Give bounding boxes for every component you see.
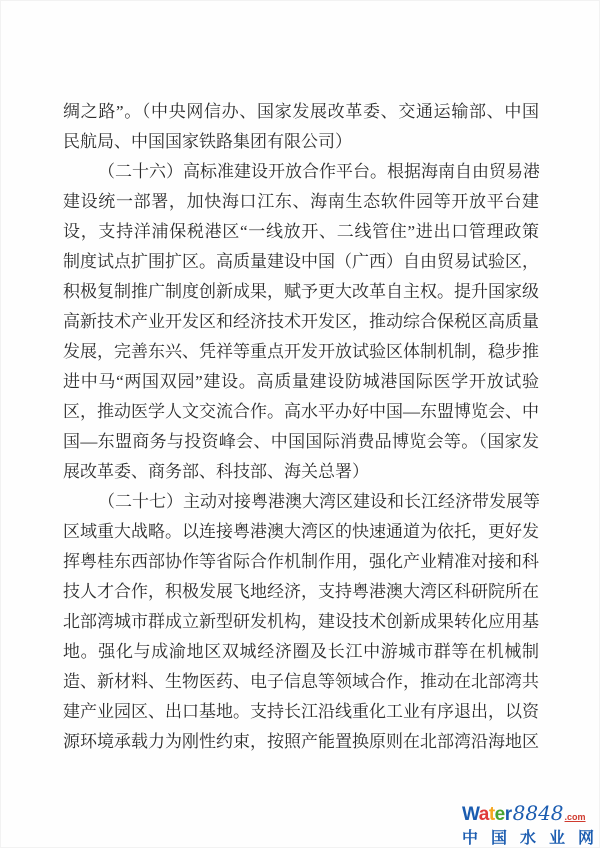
text-line: 设，支持洋浦保税港区“一线放开、二线管住”进出口管理政策	[63, 217, 539, 247]
text-line: 高新技术产业开发区和经济技术开发区，推动综合保税区高质量	[63, 307, 539, 337]
text-line: 挥粤桂东西部协作等省际合作机制作用，强化产业精准对接和科	[63, 547, 539, 577]
text-line: 进中马“两国双园”建设。高质量建设防城港国际医学开放试验	[63, 367, 539, 397]
text-line: （二十七）主动对接粤港澳大湾区建设和长江经济带发展等	[63, 487, 539, 517]
text-line: 区，推动医学人文交流合作。高水平办好中国—东盟博览会、中	[63, 397, 539, 427]
water8848-logo: Water 8848 .com 中国水业网	[462, 801, 594, 848]
logo-subtitle: 中国水业网	[462, 825, 594, 848]
text-line: 北部湾城市群成立新型研发机构，建设技术创新成果转化应用基	[63, 607, 539, 637]
text-line: 发展，完善东兴、凭祥等重点开发开放试验区体制机制，稳步推	[63, 337, 539, 367]
text-line: 建产业园区、出口基地。支持长江沿线重化工业有序退出，以资	[63, 697, 539, 727]
text-line: 绸之路”。（中央网信办、国家发展改革委、交通运输部、中国	[63, 97, 539, 127]
brand-letter: r	[505, 804, 512, 825]
text-line: 国—东盟商务与投资峰会、中国国际消费品博览会等。（国家发	[63, 427, 539, 457]
text-line: 区域重大战略。以连接粤港澳大湾区的快速通道为依托，更好发	[63, 517, 539, 547]
text-line: 制度试点扩围扩区。高质量建设中国（广西）自由贸易试验区，	[63, 247, 539, 277]
text-line: 源环境承载力为刚性约束，按照产能置换原则在北部湾沿海地区	[63, 727, 539, 757]
water8848-wordmark: Water 8848 .com	[462, 801, 594, 823]
subtitle-char: 网	[578, 825, 594, 848]
text-line: 民航局、中国国家铁路集团有限公司）	[63, 127, 539, 157]
subtitle-char: 国	[491, 825, 507, 848]
subtitle-char: 业	[549, 825, 565, 848]
text-line: 积极复制推广制度创新成果，赋予更大改革自主权。提升国家级	[63, 277, 539, 307]
brand-letter: W	[462, 804, 479, 825]
brand-letter: a	[479, 804, 489, 825]
brand-letter: e	[495, 804, 505, 825]
text-line: 造、新材料、生物医药、电子信息等领域合作，推动在北部湾共	[63, 667, 539, 697]
brand-tld: .com	[565, 812, 586, 822]
text-line: 地。强化与成渝地区双城经济圈及长江中游城市群等在机械制	[63, 637, 539, 667]
subtitle-char: 水	[520, 825, 536, 848]
document-page: 绸之路”。（中央网信办、国家发展改革委、交通运输部、中国民航局、中国国家铁路集团…	[0, 0, 600, 848]
text-line: 建设统一部署，加快海口江东、海南生态软件园等开放平台建	[63, 187, 539, 217]
text-line: 展改革委、商务部、科技部、海关总署）	[63, 457, 539, 487]
subtitle-char: 中	[462, 825, 478, 848]
brand-number: 8848	[513, 801, 564, 825]
document-text: 绸之路”。（中央网信办、国家发展改革委、交通运输部、中国民航局、中国国家铁路集团…	[63, 97, 539, 757]
text-line: 技人才合作，积极发展飞地经济，支持粤港澳大湾区科研院所在	[63, 577, 539, 607]
brand-word: Water	[462, 804, 512, 826]
text-line: （二十六）高标准建设开放合作平台。根据海南自由贸易港	[63, 157, 539, 187]
